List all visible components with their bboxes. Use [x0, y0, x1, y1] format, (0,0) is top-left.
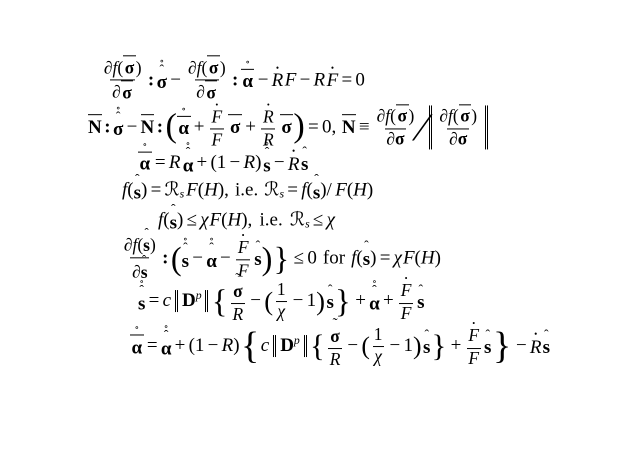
- math-text: ),: [218, 180, 229, 202]
- math-text: χ: [374, 347, 382, 366]
- numerator: ˜σ: [231, 278, 244, 303]
- accented-symbol: σ: [205, 79, 218, 101]
- delimiter-group: (∘ˆs−∘ˆα−•FFˆs): [171, 235, 272, 280]
- math-operator: +: [197, 152, 208, 174]
- math-bold-symbol: σ: [125, 57, 135, 77]
- math-text: ∂: [449, 130, 458, 149]
- math-text: R: [288, 153, 300, 174]
- math-text: ): [220, 58, 226, 77]
- accented-symbol: ∘ˆα: [161, 325, 172, 359]
- brace-delimiter: }: [432, 331, 447, 361]
- accent-base: σ: [113, 120, 123, 139]
- math-text: for: [323, 247, 345, 269]
- math-text: R: [314, 69, 326, 91]
- numerator: •F: [210, 104, 224, 128]
- script-symbol: ℛ: [165, 180, 180, 202]
- math-text: ∂: [112, 83, 121, 102]
- brace-delimiter: }: [274, 242, 290, 274]
- math-operator: =: [149, 290, 160, 312]
- accent-base: α: [369, 294, 380, 313]
- math-operator: =: [341, 69, 352, 91]
- left-delimiter: (: [264, 288, 273, 315]
- math-text: H: [353, 180, 367, 202]
- math-bold-symbol: s: [417, 292, 424, 313]
- accented-symbol: •F: [468, 321, 479, 344]
- right-delimiter: ): [262, 242, 273, 274]
- math-operator: :: [162, 247, 168, 269]
- math-bold-symbol: σ: [397, 106, 407, 126]
- accented-symbol: •F: [238, 233, 249, 256]
- equation-line-8: ∘α=∘ˆα+(1−R){cDp{˜σR−(1χ−1)ˆs}+•FFˆs}−•R…: [130, 323, 550, 369]
- math-text: 1: [307, 290, 317, 312]
- math-text: 1: [374, 326, 383, 345]
- math-text: R: [530, 336, 542, 357]
- accent-base: α: [140, 155, 151, 174]
- math-bold-symbol: α: [183, 155, 194, 176]
- math-text: ): [150, 235, 156, 254]
- brace-delimiter: }: [493, 327, 511, 365]
- math-text: H: [204, 180, 218, 202]
- ring-accent: ∘: [143, 143, 148, 150]
- math-text: χ: [200, 210, 208, 232]
- math-operator: =: [147, 335, 158, 357]
- accented-symbol: ∘ˆσ: [157, 59, 167, 93]
- math-operator: ≤: [294, 247, 304, 269]
- math-text: R: [330, 350, 341, 369]
- math-text: F: [210, 210, 222, 232]
- accented-symbol: σ: [280, 113, 294, 137]
- math-operator: +: [383, 290, 394, 312]
- math-operator: =: [308, 116, 319, 138]
- numerator: 1: [275, 281, 287, 301]
- fraction: ∂f(σ)∂σ: [102, 56, 143, 103]
- accent-base: F: [238, 239, 249, 256]
- math-bold-symbol: s: [263, 155, 270, 176]
- math-operator: :: [148, 69, 154, 91]
- accent-base: s: [143, 237, 150, 254]
- accent-base: α: [132, 338, 143, 357]
- math-text: F: [401, 280, 412, 300]
- math-bold-symbol: σ: [395, 130, 405, 149]
- superscript: p: [196, 289, 202, 303]
- accented-symbol: ˆs: [363, 242, 370, 269]
- accented-symbol: ∘ˆσ: [113, 106, 123, 140]
- fraction: •FF: [467, 323, 481, 368]
- accent-base: R: [530, 337, 542, 356]
- equation-line-7: ∘ˆs=cDp{˜σR−(1χ−1)ˆs}+∘ˆα+•FFˆs: [138, 278, 425, 324]
- numerator: ˜σ: [329, 323, 342, 348]
- accented-symbol: •F: [327, 65, 339, 90]
- accented-symbol: ˆs: [423, 330, 430, 357]
- fraction: ˜σR: [231, 278, 245, 324]
- accented-symbol: ∘ˆs: [138, 280, 145, 314]
- equation-line-1: ∂f(σ)∂σ:∘ˆσ−∂f(σ)∂σ:∘α−•RF−R•F=0: [100, 56, 365, 103]
- math-bold-symbol: σ: [230, 117, 240, 138]
- numerator: ∂f(σ): [186, 56, 227, 79]
- accented-symbol: ∘ˆs: [263, 142, 270, 176]
- bar-accent: [88, 114, 102, 115]
- accent-base: s: [543, 338, 550, 357]
- math-text: R: [222, 335, 234, 357]
- accented-symbol: σ: [228, 113, 242, 137]
- numerator: ∂f(σ): [102, 56, 143, 79]
- numerator: ∂f(ˆs): [122, 232, 157, 257]
- accent-base: R: [263, 108, 274, 125]
- math-bold-symbol: s: [423, 337, 430, 358]
- accented-symbol: σ: [396, 103, 409, 125]
- accented-symbol: •R: [263, 102, 274, 125]
- document-page: ∂f(σ)∂σ:∘ˆσ−∂f(σ)∂σ:∘α−•RF−R•F=0N:∘ˆσ−N:…: [0, 0, 638, 466]
- accented-symbol: N: [88, 113, 102, 137]
- fraction: ∂f(ˆs)∂ˆs: [122, 232, 157, 283]
- accent-base: σ: [125, 59, 135, 76]
- fraction: •FF: [399, 278, 413, 323]
- accent-base: σ: [206, 84, 216, 101]
- math-bold-symbol: α: [206, 250, 217, 271]
- accented-symbol: •R: [530, 331, 542, 356]
- accented-symbol: ∘α: [130, 326, 144, 357]
- numerator: •F: [236, 235, 250, 259]
- math-text: i.e.: [235, 180, 258, 202]
- math-operator: ≤: [313, 210, 323, 232]
- math-operator: =: [151, 180, 162, 202]
- bar-accent: [177, 115, 191, 116]
- math-text: ∂f: [104, 58, 118, 77]
- math-operator: −: [170, 69, 181, 91]
- math-operator: −: [274, 152, 285, 174]
- math-operator: ≤: [187, 210, 197, 232]
- accent-base: s: [313, 183, 320, 202]
- math-operator: +: [194, 116, 205, 138]
- math-text: ): [233, 335, 239, 357]
- math-operator: ≡: [359, 116, 370, 138]
- subscript: s: [180, 188, 185, 202]
- accented-symbol: •R: [272, 65, 284, 90]
- right-delimiter: ): [413, 333, 422, 359]
- accent-base: σ: [157, 73, 167, 92]
- equation-line-6: ∂f(ˆs)∂ˆs:(∘ˆs−∘ˆα−•FFˆs)}≤0forf(ˆs)=χF(…: [120, 232, 441, 283]
- math-operator: +: [245, 116, 256, 138]
- math-bold-symbol: s: [138, 293, 145, 314]
- subscript: s: [279, 188, 284, 202]
- denominator: R: [328, 348, 342, 369]
- math-bold-symbol: σ: [209, 57, 219, 77]
- denominator: F: [467, 348, 481, 369]
- accent-base: σ: [122, 84, 132, 101]
- accent-base: N: [342, 118, 356, 137]
- brace-delimiter: {: [310, 331, 325, 361]
- bar-accent: [280, 114, 294, 115]
- denominator: χ: [276, 301, 287, 322]
- accent-base: α: [242, 72, 253, 91]
- math-text: (1: [189, 335, 205, 357]
- accent-base: s: [301, 155, 308, 174]
- math-text: ): [255, 152, 261, 174]
- fraction: 1χ: [372, 326, 384, 367]
- math-text: F: [186, 180, 198, 202]
- delimiter-group: (1χ−1): [264, 281, 325, 322]
- accent-base: s: [138, 294, 145, 313]
- left-delimiter: (: [361, 333, 370, 359]
- math-bold-symbol: σ: [122, 82, 132, 102]
- ring-accent: ∘: [245, 60, 250, 67]
- equation-line-4: f(ˆs)=ℛsF(H),i.e.ℛs=f(ˆs)/F(H): [122, 178, 373, 205]
- accented-symbol: N: [342, 113, 356, 137]
- ring-accent: ∘: [135, 326, 140, 333]
- script-symbol: ℛ: [290, 210, 305, 232]
- norm-delimiter: Dp: [175, 290, 208, 312]
- denominator: χ: [373, 346, 384, 367]
- subscript: s: [305, 218, 310, 232]
- bar-accent: [342, 114, 356, 115]
- math-bold-symbol: σ: [458, 130, 468, 149]
- accented-symbol: ˆs: [313, 175, 320, 202]
- accented-symbol: σ: [123, 54, 136, 76]
- accent-base: σ: [460, 108, 470, 125]
- fraction: ˜σR: [328, 323, 342, 369]
- accent-base: σ: [230, 118, 240, 137]
- accent-base: σ: [397, 108, 407, 125]
- left-delimiter: (: [171, 242, 182, 274]
- accented-symbol: σ: [121, 79, 134, 101]
- math-operator: −: [192, 247, 203, 269]
- math-bold-symbol: s: [301, 154, 308, 175]
- accented-symbol: ˆs: [254, 242, 261, 269]
- math-text: H: [227, 210, 241, 232]
- numerator: 1: [372, 326, 384, 346]
- math-text: 0,: [322, 116, 336, 138]
- bar-accent: [130, 334, 144, 335]
- accented-symbol: ∘ˆα: [183, 142, 194, 176]
- accented-symbol: ˆs: [417, 285, 424, 312]
- delimiter-group: (1χ−1): [361, 326, 421, 367]
- math-text: R: [243, 152, 255, 174]
- accent-base: s: [326, 293, 333, 312]
- math-text: ): [141, 180, 147, 202]
- math-text: (1: [210, 152, 226, 174]
- math-bold-symbol: σ: [281, 117, 291, 138]
- accent-base: s: [417, 293, 424, 312]
- math-text: R: [233, 305, 244, 324]
- math-bold-symbol: σ: [330, 326, 340, 346]
- accented-symbol: ˆs: [543, 330, 550, 357]
- math-text: ∂f: [439, 107, 453, 126]
- math-text: F: [403, 247, 415, 269]
- math-bold-symbol: s: [143, 235, 150, 255]
- math-text: ∂: [386, 130, 395, 149]
- accented-symbol: ˆs: [301, 147, 308, 174]
- fraction: •FF: [210, 104, 224, 149]
- math-text: F: [285, 69, 297, 91]
- bar-accent: [141, 114, 155, 115]
- accented-symbol: ˆs: [170, 205, 177, 232]
- accented-symbol: •F: [401, 276, 412, 299]
- math-text: H: [421, 247, 435, 269]
- accent-base: F: [468, 327, 479, 344]
- math-text: ∂f: [377, 107, 391, 126]
- math-operator: −: [250, 290, 261, 312]
- math-text: R: [169, 152, 181, 174]
- math-operator: −: [258, 69, 269, 91]
- math-operator: −: [516, 335, 527, 357]
- numerator: •R: [261, 104, 275, 128]
- math-text: ): [177, 210, 183, 232]
- group-content: ∘ˆs−∘ˆα−•FFˆs: [182, 235, 262, 280]
- numerator: ∂f(σ): [438, 105, 479, 128]
- accented-symbol: ˆs: [326, 285, 333, 312]
- math-bold-symbol: s: [182, 250, 189, 271]
- math-text: ): [435, 247, 441, 269]
- math-operator: −: [220, 247, 231, 269]
- math-text: ): [409, 107, 415, 126]
- denominator: ∂σ: [385, 128, 407, 149]
- math-text: i.e.: [259, 210, 282, 232]
- math-text: F: [468, 349, 479, 368]
- accented-symbol: •R: [288, 148, 300, 173]
- math-text: ): [471, 107, 477, 126]
- math-text: F: [212, 106, 223, 126]
- math-text: ): [367, 180, 373, 202]
- accent-base: σ: [330, 328, 340, 345]
- math-text: F: [401, 304, 412, 323]
- accented-symbol: ∘ˆα: [206, 237, 217, 271]
- math-bold-symbol: s: [326, 292, 333, 313]
- accent-base: s: [484, 338, 491, 357]
- math-text: χ: [277, 302, 285, 321]
- accent-base: σ: [233, 283, 243, 300]
- math-operator: +: [355, 290, 366, 312]
- accent-base: s: [363, 250, 370, 269]
- accented-symbol: ∘α: [177, 107, 191, 138]
- accent-base: F: [401, 282, 412, 299]
- accented-symbol: ∘α: [241, 60, 255, 91]
- script-symbol: ℛ: [264, 180, 279, 202]
- math-bold-symbol: s: [363, 249, 370, 270]
- math-bold-symbol: α: [242, 71, 253, 92]
- math-operator: =: [380, 247, 391, 269]
- accented-symbol: N: [141, 113, 155, 137]
- accented-symbol: ∘ˆs: [182, 237, 189, 271]
- math-bold-symbol: α: [178, 118, 189, 139]
- math-text: 0: [307, 247, 317, 269]
- math-bold-symbol: N: [141, 117, 155, 138]
- numerator: •F: [467, 323, 481, 347]
- fraction: ∂f(σ)∂σ: [186, 56, 227, 103]
- denominator: F: [399, 303, 413, 324]
- math-bold-symbol: N: [342, 117, 356, 138]
- math-text: F: [468, 325, 479, 345]
- superscript: p: [294, 334, 300, 348]
- math-operator: −: [230, 152, 241, 174]
- math-text: 1: [403, 335, 413, 357]
- accent-base: s: [254, 250, 261, 269]
- equation-line-5: f(ˆs)≤χF(H),i.e.ℛs≤χ: [158, 208, 335, 235]
- numerator: ∂f(σ): [375, 105, 416, 128]
- fraction: ∂f(σ)∂σ: [438, 105, 479, 149]
- bar-accent: [138, 151, 152, 152]
- group-content: 1χ−1: [370, 326, 413, 367]
- accent-base: α: [183, 156, 194, 175]
- equations-block: ∂f(σ)∂σ:∘ˆσ−∂f(σ)∂σ:∘α−•RF−R•F=0N:∘ˆσ−N:…: [0, 0, 638, 466]
- math-bold-symbol: α: [369, 293, 380, 314]
- math-operator: −: [300, 69, 311, 91]
- brace-delimiter: {: [241, 327, 259, 365]
- accent-base: α: [206, 251, 217, 270]
- brace-delimiter: }: [335, 285, 351, 317]
- math-operator: −: [127, 116, 138, 138]
- math-operator: =: [155, 152, 166, 174]
- group-content: ∘α+•FFσ+•RRσ: [177, 104, 294, 149]
- accented-symbol: ˜σ: [330, 321, 340, 345]
- right-delimiter: ): [316, 288, 325, 315]
- math-text: F: [335, 180, 347, 202]
- bar-accent: [241, 68, 255, 69]
- accent-base: R: [288, 154, 300, 173]
- math-operator: :: [232, 69, 238, 91]
- math-text: F: [238, 237, 249, 257]
- group-content: 1χ−1: [273, 281, 316, 322]
- accent-base: N: [141, 118, 155, 137]
- math-bold-symbol: s: [313, 182, 320, 203]
- norm-delimiter: Dp: [273, 335, 306, 357]
- math-text: χ: [394, 247, 402, 269]
- math-bold-symbol: α: [140, 154, 151, 175]
- math-operator: +: [175, 335, 186, 357]
- math-operator: :: [104, 116, 110, 138]
- math-text: )/: [320, 180, 332, 202]
- accented-symbol: ˜σ: [233, 276, 243, 300]
- math-bold-symbol: s: [170, 212, 177, 233]
- math-bold-symbol: N: [88, 117, 102, 138]
- numerator: •F: [399, 278, 413, 302]
- math-text: c: [261, 335, 269, 357]
- math-bold-symbol: s: [254, 249, 261, 270]
- math-bold-symbol: σ: [157, 72, 167, 93]
- accent-base: σ: [209, 59, 219, 76]
- math-bold-symbol: σ: [113, 119, 123, 140]
- accented-symbol: •F: [212, 102, 223, 125]
- accent-base: s: [170, 213, 177, 232]
- fraction: ∂f(σ)∂σ: [375, 105, 416, 149]
- math-bold-symbol: σ: [206, 82, 216, 102]
- accent-base: N: [88, 118, 102, 137]
- accent-base: α: [178, 119, 189, 138]
- denominator: ∂σ: [110, 80, 135, 104]
- math-text: F: [327, 70, 339, 91]
- math-operator: −: [347, 335, 358, 357]
- division-slash: ∕: [419, 107, 426, 147]
- denominator: ∂σ: [447, 128, 469, 149]
- accented-symbol: σ: [459, 103, 472, 125]
- math-bold-symbol: D: [182, 290, 196, 312]
- accented-symbol: ˆs: [134, 175, 141, 202]
- math-bold-symbol: D: [280, 335, 294, 357]
- math-text: R: [263, 106, 274, 126]
- accented-symbol: ∘ˆα: [369, 280, 380, 314]
- math-bold-symbol: α: [132, 337, 143, 358]
- accent-base: s: [263, 156, 270, 175]
- math-text: ),: [241, 210, 252, 232]
- math-text: ∂: [196, 83, 205, 102]
- accent-base: σ: [281, 118, 291, 137]
- denominator: R: [231, 303, 245, 324]
- bar-accent: [228, 114, 242, 115]
- accent-base: α: [161, 339, 172, 358]
- math-bold-symbol: s: [484, 337, 491, 358]
- math-text: ∂f: [188, 58, 202, 77]
- brace-delimiter: {: [212, 285, 228, 317]
- math-bold-symbol: σ: [233, 281, 243, 301]
